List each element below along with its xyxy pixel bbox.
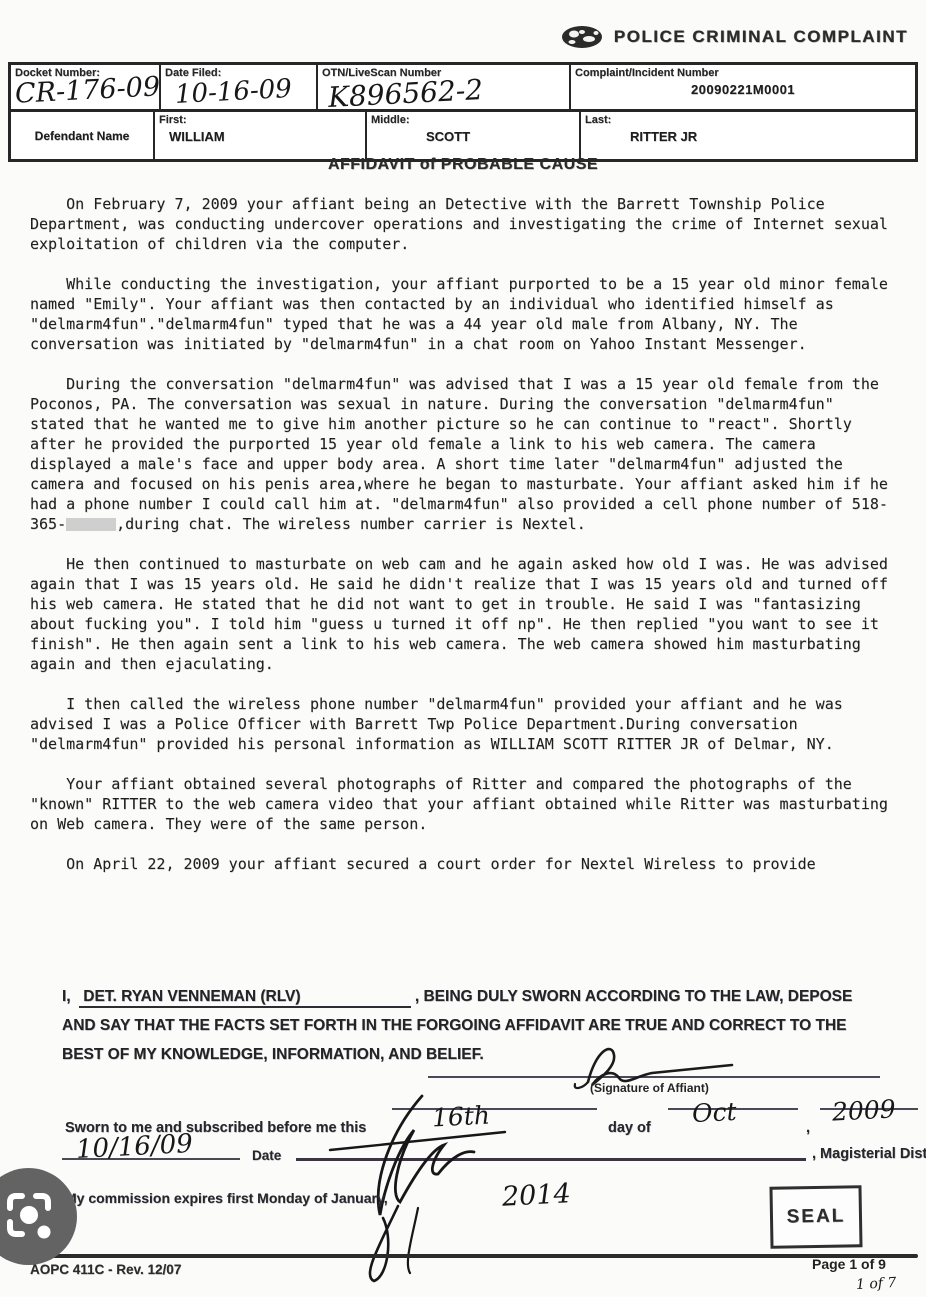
middle-name-value: SCOTT (371, 129, 575, 144)
body-paragraph-text: During the conversation "delmarm4fun" wa… (30, 375, 888, 533)
body-paragraph: On April 22, 2009 your affiant secured a… (30, 854, 890, 874)
defendant-name-cell: Defendant Name (11, 112, 153, 159)
defendant-name-label: Defendant Name (35, 129, 130, 143)
otn-cell: OTN/LiveScan Number K896562-2 (316, 65, 569, 109)
seal-box-label: SEAL (786, 1205, 845, 1228)
date-label: Date (252, 1148, 281, 1163)
form-id: AOPC 411C - Rev. 12/07 (30, 1262, 181, 1277)
google-lens-camera-icon (0, 1188, 58, 1246)
incident-number-label: Complaint/Incident Number (575, 67, 911, 79)
form-header: POLICE CRIMINAL COMPLAINT (0, 24, 908, 50)
handwritten-page-annotation: 1 of 7 (856, 1275, 897, 1293)
scanned-police-complaint-page: POLICE CRIMINAL COMPLAINT Docket Number:… (0, 0, 926, 1297)
form-title: POLICE CRIMINAL COMPLAINT (614, 27, 908, 47)
page-number: Page 1 of 9 (812, 1256, 886, 1272)
handwritten-date: 10/16/09 (75, 1129, 193, 1165)
first-name-label: First: (159, 114, 361, 126)
signature-area: (Signature of Affiant) Sworn to me and s… (0, 1040, 926, 1260)
case-info-table: Docket Number: CR-176-09 Date Filed: 10-… (8, 62, 918, 162)
handwritten-month: Oct (691, 1097, 737, 1128)
body-paragraph: On February 7, 2009 your affiant being a… (30, 194, 890, 254)
signature-of-affiant-label: (Signature of Affiant) (590, 1081, 709, 1095)
first-name-value: WILLIAM (159, 129, 361, 144)
date-comma: , (806, 1120, 810, 1136)
body-paragraph: I then called the wireless phone number … (30, 694, 890, 754)
body-paragraph: He then continued to masturbate on web c… (30, 554, 890, 674)
date-filed-value: 10-16-09 (174, 74, 292, 110)
judge-signature (300, 1088, 530, 1288)
seal-box: SEAL (769, 1185, 862, 1249)
middle-name-label: Middle: (371, 114, 575, 126)
date-filed-cell: Date Filed: 10-16-09 (159, 65, 316, 109)
case-info-row: Docket Number: CR-176-09 Date Filed: 10-… (11, 65, 915, 109)
footer-rule (10, 1254, 918, 1258)
judge-title-label: , Magisterial District Judge (812, 1146, 926, 1162)
last-name-cell: Last: RITTER JR (579, 112, 915, 159)
body-paragraph-text: ,during chat. The wireless number carrie… (116, 515, 586, 533)
affidavit-body: On February 7, 2009 your affiant being a… (30, 194, 890, 894)
middle-name-cell: Middle: SCOTT (365, 112, 579, 159)
commission-text: My commission expires first Monday of Ja… (65, 1190, 388, 1206)
last-name-label: Last: (585, 114, 911, 126)
handwritten-year: 2009 (831, 1094, 896, 1126)
last-name-value: RITTER JR (585, 129, 911, 144)
sworn-prefix: I, (62, 988, 71, 1005)
docket-number-value: CR-176-09 (14, 71, 161, 110)
incident-number-value: 20090221M0001 (575, 82, 911, 97)
day-of-label: day of (608, 1120, 651, 1136)
otn-value: K896562-2 (327, 73, 484, 114)
docket-number-cell: Docket Number: CR-176-09 (11, 65, 159, 109)
first-name-cell: First: WILLIAM (153, 112, 365, 159)
defendant-name-row: Defendant Name First: WILLIAM Middle: SC… (11, 109, 915, 159)
redaction-box (66, 518, 116, 531)
incident-number-cell: Complaint/Incident Number 20090221M0001 (569, 65, 915, 109)
body-paragraph: Your affiant obtained several photograph… (30, 774, 890, 834)
handwritten-commission-year: 2014 (501, 1178, 571, 1213)
affidavit-title: AFFIDAVIT of PROBABLE CAUSE (0, 156, 926, 174)
body-paragraph: While conducting the investigation, your… (30, 274, 890, 354)
affiant-name: DET. RYAN VENNEMAN (RLV) (79, 988, 410, 1008)
department-seal-icon (560, 24, 604, 50)
body-paragraph: During the conversation "delmarm4fun" wa… (30, 374, 890, 534)
